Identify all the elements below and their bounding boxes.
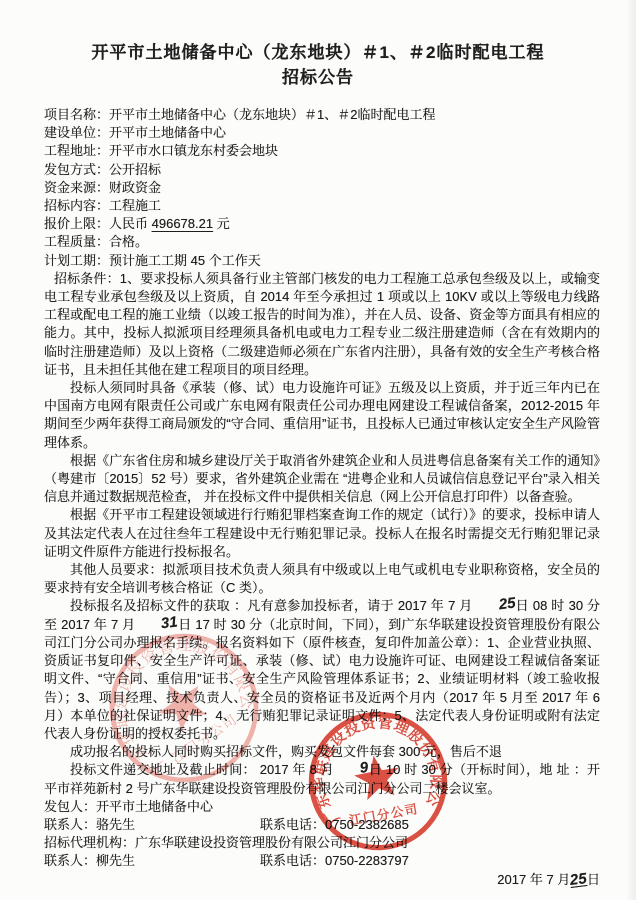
field-value: 合格。 [109, 234, 148, 249]
field-label: 发包方式： [44, 162, 109, 177]
paragraph-registration: 投标报名及招标文件的获取 ：凡有意参加投标者，请于 2017 年 7 月25日 … [44, 597, 600, 743]
document-body: 项目名称：开平市土地储备中心（龙东地块）＃1、＃2临时配电工程 建设单位：开平市… [44, 106, 600, 889]
field-fund-source: 资金来源：财政资金 [44, 179, 600, 197]
field-site-address: 工程地址：开平市水口镇龙东村委会地块 [44, 142, 600, 160]
field-label: 报价上限： [44, 216, 109, 231]
field-value: 开平市土地储备中心 [109, 125, 226, 140]
contact-name-group: 联系人：骆先生 [44, 816, 260, 834]
contact-name: 柳先生 [96, 853, 135, 868]
paragraph-submission: 投标文件递交地址及截止时间： 2017 年 8 月9日 10 时 30 分（开标… [44, 761, 600, 797]
field-quality: 工程质量：合格。 [44, 233, 600, 251]
field-label: 发包人： [44, 799, 96, 814]
contact-name: 骆先生 [96, 817, 135, 832]
handwritten-end-day: 31 [135, 617, 179, 632]
field-value: 开平市水口镇龙东村委会地块 [109, 143, 278, 158]
field-label: 工程地址： [44, 143, 109, 158]
field-label: 建设单位： [44, 125, 109, 140]
footer-contact-employer: 联系人：骆先生联系电话：0750-2382685 [44, 816, 600, 834]
field-value: 工程施工 [109, 198, 161, 213]
phone-label: 联系电话： [260, 817, 325, 832]
phone-number: 0750-2283797 [325, 853, 409, 868]
scanned-tender-announcement-page: 开平市土地储备中心（龙东地块）＃1、＃2临时配电工程 招标公告 项目名称：开平市… [0, 0, 636, 900]
field-owner: 建设单位：开平市土地储备中心 [44, 124, 600, 142]
field-label: 资金来源： [44, 180, 109, 195]
price-amount: 496678.21 [152, 216, 213, 231]
field-value: 公开招标 [109, 162, 161, 177]
phone-number: 0750-2382685 [325, 817, 409, 832]
scan-edge-shadow [626, 0, 636, 900]
field-project-name: 项目名称：开平市土地储备中心（龙东地块）＃1、＃2临时配电工程 [44, 106, 600, 124]
contact-name-group: 联系人：柳先生 [44, 852, 260, 870]
field-value: 预计施工工期 45 个工作天 [109, 253, 261, 268]
field-tender-method: 发包方式：公开招标 [44, 161, 600, 179]
registration-text: 投标报名及招标文件的获取 ：凡有意参加投标者，请于 2017 年 7 月 [70, 598, 473, 613]
paragraph-staff-requirements: 其他人员要求：拟派项目技术负责人须具有中级或以上电气或机电专业职称资格，安全员的… [44, 561, 600, 597]
field-label: 招标代理机构： [44, 835, 135, 850]
footer-employer: 发包人：开平市土地储备中心 [44, 798, 600, 816]
handwritten-signature-day: 25 [570, 874, 588, 886]
paragraph-document-purchase: 成功报名的投标人同时购买招标文件，购买发包文件每套 300 元，售后不退 [44, 743, 600, 761]
field-label: 招标内容： [44, 198, 109, 213]
footer-agency: 招标代理机构：广东华联建设投资管理股份有限公司江门分公司 [44, 834, 600, 852]
phone-label: 联系电话： [260, 853, 325, 868]
price-prefix: 人民币 [109, 216, 152, 231]
field-value: 广东华联建设投资管理股份有限公司江门分公司 [135, 835, 408, 850]
field-label: 工程质量： [44, 234, 109, 249]
paragraph-qualification: 投标人须同时具备《承装（修、试）电力设施许可证》五级及以上资质，并于近三年内已在… [44, 379, 600, 452]
paragraph-bribery-record: 根据《开平市工程建设领域进行行贿犯罪档案查询工作的规定（试行）》的要求，投标申请… [44, 506, 600, 561]
submission-text: 投标文件递交地址及截止时间： 2017 年 8 月 [70, 762, 334, 777]
date-text: 日 [587, 872, 600, 887]
paragraph-tender-conditions: 招标条件：1、要求投标人须具备行业主管部门核发的电力工程施工总承包叁级及以上，或… [44, 270, 600, 379]
price-suffix: 元 [213, 216, 230, 231]
handwritten-start-day: 25 [472, 599, 516, 614]
field-label: 计划工期： [44, 253, 109, 268]
field-value: 开平市土地储备中心 [96, 799, 213, 814]
signature-date: 2017 年 7 月25日 [44, 871, 600, 889]
contact-label: 联系人： [44, 853, 96, 868]
title-line2: 招标公告 [0, 65, 636, 90]
handwritten-open-day: 9 [334, 763, 369, 777]
field-price-cap: 报价上限：人民币 496678.21 元 [44, 215, 600, 233]
date-text: 2017 年 7 月 [497, 872, 570, 887]
field-tender-content: 招标内容：工程施工 [44, 197, 600, 215]
field-value: 开平市土地储备中心（龙东地块）＃1、＃2临时配电工程 [109, 107, 435, 122]
field-label: 项目名称： [44, 107, 109, 122]
field-schedule: 计划工期：预计施工工期 45 个工作天 [44, 252, 600, 270]
document-title: 开平市土地储备中心（龙东地块）＃1、＃2临时配电工程 招标公告 [0, 40, 636, 90]
footer-contact-agency: 联系人：柳先生联系电话：0750-2283797 [44, 852, 600, 870]
contact-label: 联系人： [44, 817, 96, 832]
field-value: 财政资金 [109, 180, 161, 195]
paragraph-province-notice: 根据《广东省住房和城乡建设厅关于取消省外建筑企业和人员进粤信息备案有关工作的通知… [44, 452, 600, 507]
registration-text: 日 17 时 30 分（北京时间，下同），到广东华联建设投资管理股份有限公司江门… [44, 617, 600, 741]
title-line1: 开平市土地储备中心（龙东地块）＃1、＃2临时配电工程 [0, 40, 636, 65]
